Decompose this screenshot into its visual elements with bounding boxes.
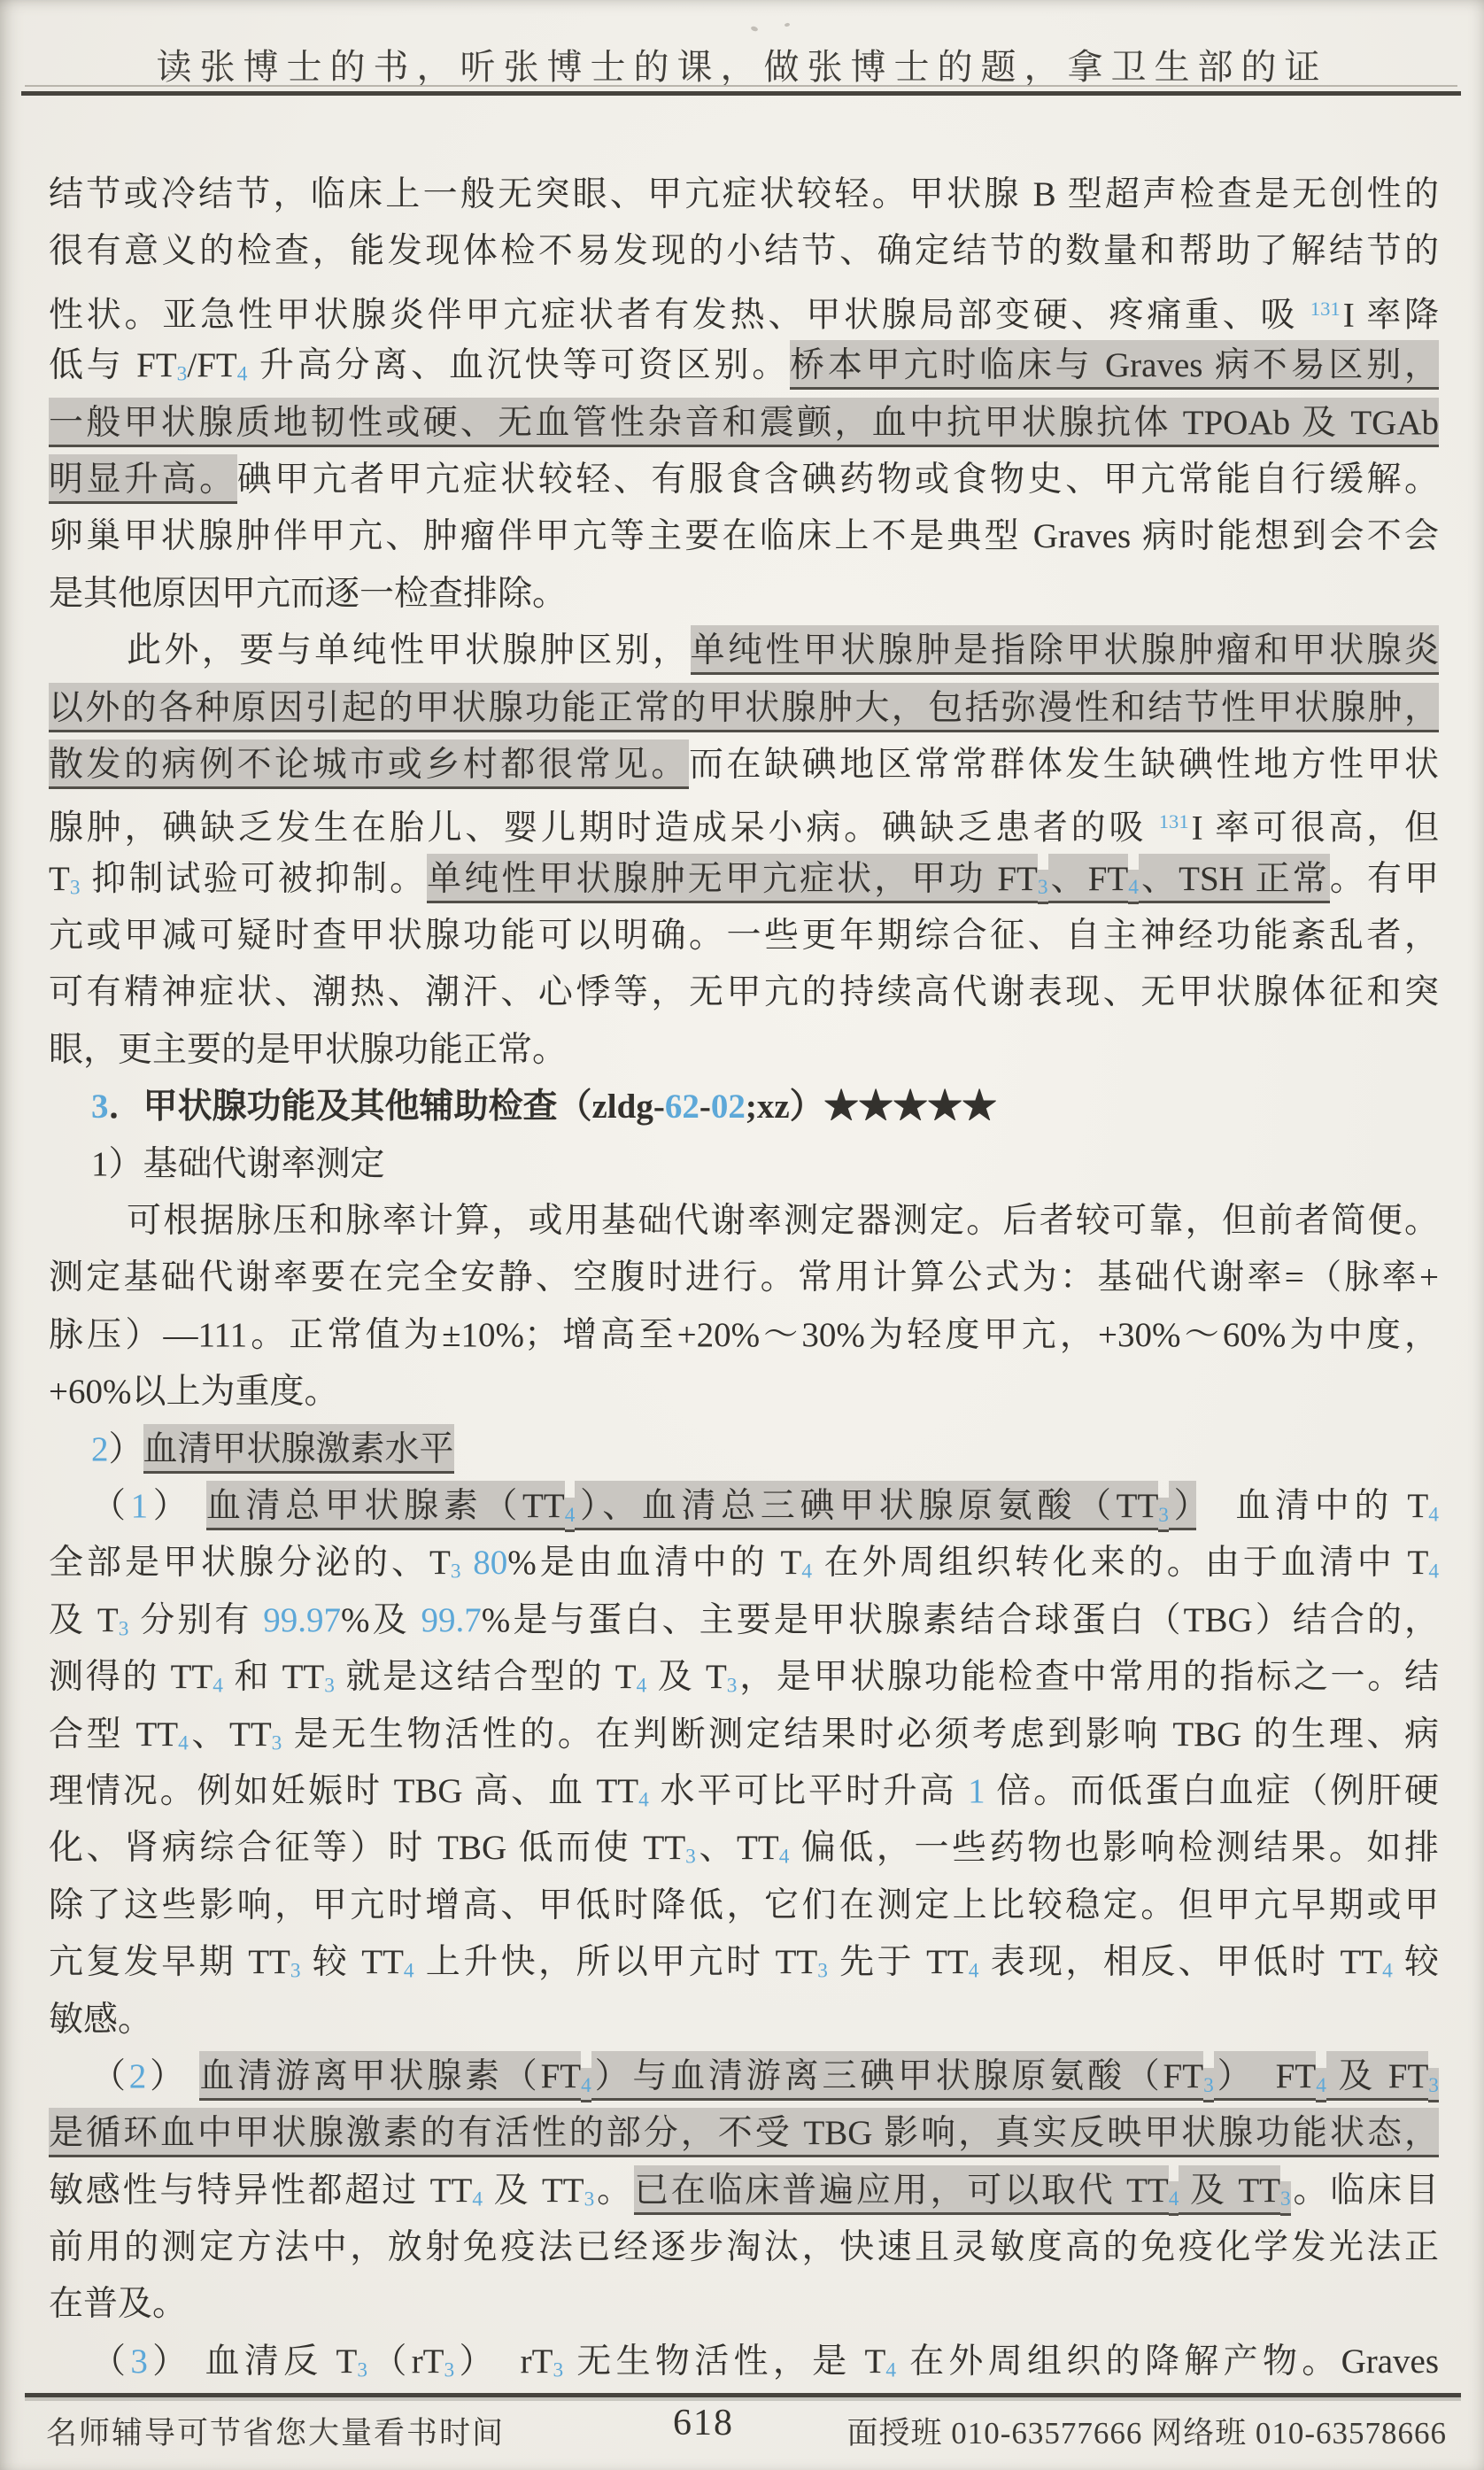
- text-run: [461, 1544, 474, 1582]
- text-run: 4: [1428, 1504, 1439, 1527]
- text-run: 4: [404, 1960, 414, 1983]
- text-line: 脉压）—111。正常值为±10%；增高至+20%～30%为轻度甲亢，+30%～6…: [49, 1307, 1439, 1364]
- text-line: 一般甲状腺质地韧性或硬、无血管性杂音和震颤，血中抗甲状腺抗体 TPOAb 及 T…: [49, 395, 1439, 452]
- text-run: 测得的 TT: [49, 1658, 213, 1696]
- highlighted-run: 4: [565, 1498, 576, 1532]
- highlighted-run: 3: [1280, 2181, 1291, 2216]
- text-run: 测定基础代谢率要在完全安静、空腹时进行。常用计算公式为：基础代谢率=（脉率+: [49, 1258, 1439, 1297]
- header-rule-light: [25, 85, 1457, 87]
- text-run: 1）基础代谢率测定: [91, 1145, 385, 1183]
- highlighted-run: 4: [1169, 2181, 1179, 2216]
- text-line: 低与 FT3/FT4 升高分离、血沉快等可资区别。桥本甲亢时临床与 Graves…: [49, 337, 1439, 394]
- highlighted-run: 4: [581, 2068, 591, 2102]
- text-run: ．甲状腺功能及其他辅助检查（zldg-: [109, 1088, 665, 1126]
- text-run: 3: [817, 1960, 828, 1983]
- text-line: 1）基础代谢率测定: [49, 1136, 1439, 1193]
- text-run: 02: [711, 1088, 746, 1126]
- text-run: 水平可比平时升高: [649, 1772, 968, 1810]
- highlighted-run: 4: [1128, 870, 1139, 904]
- text-run: 是其他原因甲亢而逐一检查排除。: [49, 575, 567, 613]
- text-run: 较: [1393, 1943, 1439, 1981]
- text-run: 结节或冷结节，临床上一般无突眼、甲亢症状较轻。甲状腺 B 型超声检查是无创性的: [49, 175, 1439, 213]
- text-run: （: [91, 1487, 131, 1525]
- text-line: （3） 血清反 T3（rT3） rT3 无生物活性，是 T4 在外周组织的降解产…: [49, 2334, 1439, 2390]
- text-run: 可根据脉压和脉率计算，或用基础代谢率测定器测定。后者较可靠，但前者简便。: [127, 1202, 1439, 1240]
- text-line: 合型 TT4、TT3 是无生物活性的。在判断测定结果时必须考虑到影响 TBG 的…: [49, 1707, 1439, 1763]
- text-run: 及 T: [646, 1658, 726, 1696]
- text-run: 4: [472, 2187, 483, 2211]
- text-line: 化、肾病综合征等）时 TBG 低而使 TT3、TT4 偏低，一些药物也影响检测结…: [49, 1820, 1439, 1877]
- text-line: 亢复发早期 TT3 较 TT4 上升快，所以甲亢时 TT3 先于 TT4 表现，…: [49, 1934, 1439, 1991]
- text-line: 腺肿，碘缺乏发生在胎儿、婴儿期时造成呆小病。碘缺乏患者的吸 131I 率可很高，…: [49, 794, 1439, 850]
- text-line: 是其他原因甲亢而逐一检查排除。: [49, 566, 1439, 623]
- text-line: 明显升高。碘甲亢者甲亢症状较轻、有服食含碘药物或食物史、甲亢常能自行缓解。: [49, 452, 1439, 508]
- header-rule-dark: [21, 91, 1461, 96]
- text-line: T3 抑制试验可被抑制。单纯性甲状腺肿无甲亢症状，甲功 FT3、FT4、TSH …: [49, 851, 1439, 908]
- text-run: ） 血清反 T: [148, 2342, 358, 2381]
- text-run: /FT: [187, 346, 236, 384]
- highlighted-run: ） FT: [1214, 2051, 1316, 2101]
- highlighted-run: 血清甲状腺激素水平: [143, 1424, 454, 1474]
- text-run: 、TT: [189, 1715, 272, 1754]
- text-line: 除了这些影响，甲亢时增高、甲低时降低，它们在测定上比较稳定。但甲亢早期或甲: [49, 1878, 1439, 1934]
- footer-left-slogan: 名师辅导可节省您大量看书时间: [46, 2409, 505, 2453]
- text-line: 敏感。: [49, 1992, 1439, 2048]
- text-run: 性状。亚急性甲状腺炎伴甲亢症状者有发热、甲状腺局部变硬、疼痛重、吸: [49, 296, 1310, 334]
- highlighted-run: 一般甲状腺质地韧性或硬、无血管性杂音和震颤，血中抗甲状腺抗体 TPOAb 及 T…: [49, 398, 1439, 447]
- text-run: 3: [451, 1560, 461, 1583]
- text-run: 敏感性与特异性都超过 TT: [49, 2172, 472, 2210]
- text-run: ）: [148, 1487, 206, 1525]
- text-run: 。: [594, 2172, 634, 2210]
- text-run: 此外，要与单纯性甲状腺肿区别，: [127, 631, 691, 670]
- highlighted-run: 桥本甲亢时临床与 Graves 病不易区别，: [790, 340, 1439, 390]
- text-run: ，是甲状腺功能检查中常用的指标之一。结: [738, 1658, 1439, 1696]
- text-run: 敏感。: [49, 2001, 152, 2039]
- text-run: 升高分离、血沉快等可资区别。: [247, 346, 790, 384]
- text-run: 4: [1382, 1960, 1393, 1983]
- text-run: I 率降: [1343, 296, 1439, 334]
- text-run: 脉压）—111。正常值为±10%；增高至+20%～30%为轻度甲亢，+30%～6…: [49, 1316, 1439, 1354]
- text-run: 。临床目: [1291, 2172, 1439, 2210]
- text-line: 在普及。: [49, 2276, 1439, 2333]
- text-run: 及 T: [49, 1601, 119, 1639]
- text-line: 眼，更主要的是甲状腺功能正常。: [49, 1022, 1439, 1079]
- scan-speck: [750, 26, 758, 32]
- highlighted-run: 血清游离甲状腺素（FT: [199, 2051, 581, 2101]
- highlighted-run: 以外的各种原因引起的甲状腺功能正常的甲状腺肿大，包括弥漫性和结节性甲状腺肿，: [49, 683, 1439, 732]
- highlighted-run: 、FT: [1048, 854, 1129, 903]
- highlighted-run: 、: [602, 1481, 642, 1530]
- text-run: ;xz）: [746, 1088, 824, 1126]
- text-line: +60%以上为重度。: [49, 1364, 1439, 1421]
- text-run: 99.7: [421, 1601, 482, 1639]
- text-run: 3: [685, 1846, 696, 1869]
- highlighted-run: 血清总甲状腺素（TT: [206, 1481, 565, 1530]
- text-run: 4: [638, 1789, 649, 1812]
- text-run: T: [49, 860, 70, 898]
- highlighted-run: 单纯性甲状腺肿是指除甲状腺肿瘤和甲状腺炎: [691, 625, 1439, 675]
- text-run: 低与 FT: [49, 346, 177, 384]
- highlighted-run: 3: [1038, 870, 1048, 904]
- text-run: （: [91, 2057, 129, 2095]
- text-run: 1: [968, 1772, 985, 1810]
- text-run: （rT: [367, 2342, 444, 2381]
- text-run: 。有甲: [1330, 860, 1439, 898]
- text-run: 亢或甲减可疑时查甲状腺功能可以明确。一些更年期综合征、自主神经功能紊乱者，: [49, 917, 1439, 955]
- text-run: 3: [324, 1675, 335, 1698]
- text-line: （2） 血清游离甲状腺素（FT4）与血清游离三碘甲状腺原氨酸（FT3） FT4 …: [49, 2048, 1439, 2105]
- text-run: 化、肾病综合征等）时 TBG 低而使 TT: [49, 1829, 685, 1867]
- text-line: 可根据脉压和脉率计算，或用基础代谢率测定器测定。后者较可靠，但前者简便。: [49, 1193, 1439, 1250]
- text-run: ） rT: [454, 2342, 553, 2381]
- text-run: 4: [213, 1675, 223, 1698]
- text-run: ）: [109, 1430, 143, 1468]
- text-run: 3: [119, 1617, 129, 1640]
- text-run: %是由血清中的 T: [507, 1544, 801, 1582]
- page-container: 读张博士的书，听张博士的课，做张博士的题，拿卫生部的证 结节或冷结节，临床上一般…: [0, 0, 1484, 2470]
- text-run: 4: [237, 363, 248, 386]
- text-run: 4: [178, 1731, 189, 1754]
- text-run: 3: [290, 1960, 301, 1983]
- highlighted-run: 明显升高。: [49, 454, 237, 504]
- text-run: 4: [885, 2359, 896, 2382]
- text-line: 及 T3 分别有 99.97%及 99.7%是与蛋白、主要是甲状腺素结合球蛋白（…: [49, 1592, 1439, 1649]
- text-run: 80: [473, 1544, 507, 1582]
- text-run: 3: [553, 2359, 563, 2382]
- text-run: 3: [91, 1088, 109, 1126]
- text-run: 3: [727, 1675, 738, 1698]
- text-run: 1: [131, 1487, 149, 1525]
- text-run: %及: [341, 1601, 421, 1639]
- text-run: 4: [1428, 1560, 1439, 1583]
- text-run: 和 TT: [223, 1658, 324, 1696]
- text-run: 无生物活性，是 T: [563, 2342, 885, 2381]
- text-run: 、TT: [696, 1829, 779, 1867]
- highlighted-run: ）与血清游离三碘甲状腺原氨酸（FT: [591, 2051, 1203, 2101]
- text-run: I 率可很高，但: [1192, 809, 1439, 848]
- text-run: 3: [357, 2359, 367, 2382]
- highlighted-run: ）: [575, 1481, 602, 1530]
- text-run: （: [91, 2342, 130, 2381]
- footer-contact-right: 面授班 010-63577666 网络班 010-63578666: [846, 2409, 1447, 2453]
- text-line: 很有意义的检查，能发现体检不易发现的小结节、确定结节的数量和帮助了解结节的: [49, 223, 1439, 280]
- header-slogan: 读张博士的书，听张博士的课，做张博士的题，拿卫生部的证: [0, 39, 1484, 89]
- text-line: 此外，要与单纯性甲状腺肿区别，单纯性甲状腺肿是指除甲状腺肿瘤和甲状腺炎: [49, 623, 1439, 679]
- text-line: 散发的病例不论城市或乡村都很常见。而在缺碘地区常常群体发生缺碘性地方性甲状: [49, 737, 1439, 794]
- text-run: 亢复发早期 TT: [49, 1943, 290, 1981]
- text-run: 全部是甲状腺分泌的、T: [49, 1544, 451, 1582]
- text-run: %是与蛋白、主要是甲状腺素结合球蛋白（TBG）结合的，: [482, 1601, 1439, 1639]
- text-run: 3: [444, 2359, 455, 2382]
- text-run: 2: [91, 1430, 109, 1468]
- text-run: 3: [272, 1731, 282, 1754]
- footer-page-number: 618: [673, 2402, 734, 2444]
- scan-speck: [785, 22, 791, 27]
- text-run: 131: [1310, 298, 1341, 320]
- text-line: 前用的测定方法中，放射免疫法已经逐步淘汰，快速且灵敏度高的免疫化学发光法正: [49, 2219, 1439, 2276]
- text-line: 3．甲状腺功能及其他辅助检查（zldg-62-02;xz）★★★★★: [49, 1079, 1439, 1135]
- highlighted-run: 3: [1428, 2068, 1439, 2102]
- text-run: 4: [779, 1846, 790, 1869]
- text-run: 前用的测定方法中，放射免疫法已经逐步淘汰，快速且灵敏度高的免疫化学发光法正: [49, 2228, 1439, 2266]
- text-line: 2）血清甲状腺激素水平: [49, 1421, 1439, 1478]
- text-run: 及 TT: [483, 2172, 584, 2210]
- text-run: 眼，更主要的是甲状腺功能正常。: [49, 1031, 567, 1069]
- text-run: 倍。而低蛋白血症（例肝硬: [985, 1772, 1439, 1810]
- text-run: 4: [637, 1675, 647, 1698]
- text-run: 先于 TT: [828, 1943, 969, 1981]
- text-run: 4: [801, 1560, 812, 1583]
- highlighted-run: 、TSH 正常: [1139, 854, 1330, 903]
- text-run: 2: [129, 2057, 147, 2095]
- highlighted-run: 3: [1203, 2068, 1214, 2102]
- highlighted-run: 及 TT: [1179, 2165, 1280, 2215]
- highlighted-run: 散发的病例不论城市或乡村都很常见。: [49, 739, 689, 789]
- text-run: +60%以上为重度。: [49, 1373, 338, 1411]
- text-run: 而在缺碘地区常常群体发生缺碘性地方性甲状: [689, 746, 1439, 784]
- text-run: 较 TT: [301, 1943, 404, 1981]
- highlighted-run: 4: [1316, 2068, 1326, 2102]
- text-run: 4: [969, 1960, 979, 1983]
- text-run: 99.97: [263, 1601, 341, 1639]
- text-run: 除了这些影响，甲亢时增高、甲低时降低，它们在测定上比较稳定。但甲亢早期或甲: [49, 1886, 1439, 1924]
- text-line: 全部是甲状腺分泌的、T3 80%是由血清中的 T4 在外周组织转化来的。由于血清…: [49, 1535, 1439, 1591]
- text-run: 很有意义的检查，能发现体检不易发现的小结节、确定结节的数量和帮助了解结节的: [49, 232, 1439, 270]
- text-run: 可有精神症状、潮热、潮汗、心悸等，无甲亢的持续高代谢表现、无甲状腺体征和突: [49, 973, 1439, 1011]
- text-line: 结节或冷结节，临床上一般无突眼、甲亢症状较轻。甲状腺 B 型超声检查是无创性的: [49, 166, 1439, 223]
- text-run: 表现，相反、甲低时 TT: [978, 1943, 1382, 1981]
- text-run: 在外周组织转化来的。由于血清中 T: [812, 1544, 1428, 1582]
- text-run: 3: [584, 2187, 595, 2211]
- text-line: 以外的各种原因引起的甲状腺功能正常的甲状腺肿大，包括弥漫性和结节性甲状腺肿，: [49, 680, 1439, 737]
- footer-rule: [25, 2393, 1461, 2397]
- text-run: 3: [70, 876, 81, 899]
- text-line: 理情况。例如妊娠时 TBG 高、血 TT4 水平可比平时升高 1 倍。而低蛋白血…: [49, 1763, 1439, 1820]
- text-run: 卵巢甲状腺肿伴甲亢、肿瘤伴甲亢等主要在临床上不是典型 Graves 病时能想到会…: [49, 517, 1439, 555]
- highlighted-run: 血清总三碘甲状腺原氨酸（TT: [642, 1481, 1158, 1530]
- highlighted-run: 是循环血中甲状腺激素的有活性的部分，不受 TBG 影响，真实反映甲状腺功能状态，: [49, 2108, 1439, 2157]
- text-line: 测定基础代谢率要在完全安静、空腹时进行。常用计算公式为：基础代谢率=（脉率+: [49, 1250, 1439, 1306]
- text-line: 是循环血中甲状腺激素的有活性的部分，不受 TBG 影响，真实反映甲状腺功能状态，: [49, 2105, 1439, 2162]
- text-run: 腺肿，碘缺乏发生在胎儿、婴儿期时造成呆小病。碘缺乏患者的吸: [49, 809, 1159, 848]
- text-run: 抑制试验可被抑制。: [81, 860, 428, 898]
- text-line: （1） 血清总甲状腺素（TT4）、血清总三碘甲状腺原氨酸（TT3） 血清中的 T…: [49, 1478, 1439, 1535]
- text-run: 131: [1159, 810, 1189, 832]
- text-run: 上升快，所以甲亢时 TT: [414, 1943, 818, 1981]
- highlighted-run: 单纯性甲状腺肿无甲亢症状，甲功 FT: [427, 854, 1038, 903]
- text-run: 分别有: [128, 1601, 263, 1639]
- text-run: 偏低，一些药物也影响检测结果。如排: [789, 1829, 1439, 1867]
- document-body: 结节或冷结节，临床上一般无突眼、甲亢症状较轻。甲状腺 B 型超声检查是无创性的很…: [49, 166, 1439, 2390]
- text-run: 3: [130, 2342, 148, 2381]
- text-run: 在普及。: [49, 2285, 187, 2323]
- text-run: 62: [665, 1088, 699, 1126]
- text-run: ）: [146, 2057, 199, 2095]
- text-line: 亢或甲减可疑时查甲状腺功能可以明确。一些更年期综合征、自主神经功能紊乱者，: [49, 908, 1439, 964]
- text-line: 卵巢甲状腺肿伴甲亢、肿瘤伴甲亢等主要在临床上不是典型 Graves 病时能想到会…: [49, 508, 1439, 565]
- text-run: 理情况。例如妊娠时 TBG 高、血 TT: [49, 1772, 638, 1810]
- text-run: -: [699, 1088, 711, 1126]
- text-line: 性状。亚急性甲状腺炎伴甲亢症状者有发热、甲状腺局部变硬、疼痛重、吸 131I 率…: [49, 281, 1439, 337]
- text-line: 测得的 TT4 和 TT3 就是这结合型的 T4 及 T3，是甲状腺功能检查中常…: [49, 1649, 1439, 1706]
- text-run: 碘甲亢者甲亢症状较轻、有服食含碘药物或食物史、甲亢常能自行缓解。: [237, 461, 1439, 499]
- highlighted-run: 3: [1158, 1498, 1169, 1532]
- text-run: 血清中的 T: [1196, 1487, 1428, 1525]
- highlighted-run: 已在临床普遍应用，可以取代 TT: [634, 2165, 1169, 2215]
- text-run: 在外周组织的降解产物。Graves: [896, 2342, 1439, 2381]
- text-line: 敏感性与特异性都超过 TT4 及 TT3。已在临床普遍应用，可以取代 TT4 及…: [49, 2163, 1439, 2219]
- text-run: 是无生物活性的。在判断测定结果时必须考虑到影响 TBG 的生理、病: [282, 1715, 1439, 1754]
- text-line: 可有精神症状、潮热、潮汗、心悸等，无甲亢的持续高代谢表现、无甲状腺体征和突: [49, 964, 1439, 1021]
- text-run: 就是这结合型的 T: [335, 1658, 637, 1696]
- text-run: 3: [177, 363, 188, 386]
- text-run: 合型 TT: [49, 1715, 178, 1754]
- highlighted-run: 及 FT: [1326, 2051, 1428, 2101]
- text-run: ★★★★★: [824, 1088, 997, 1126]
- highlighted-run: ）: [1169, 1481, 1196, 1530]
